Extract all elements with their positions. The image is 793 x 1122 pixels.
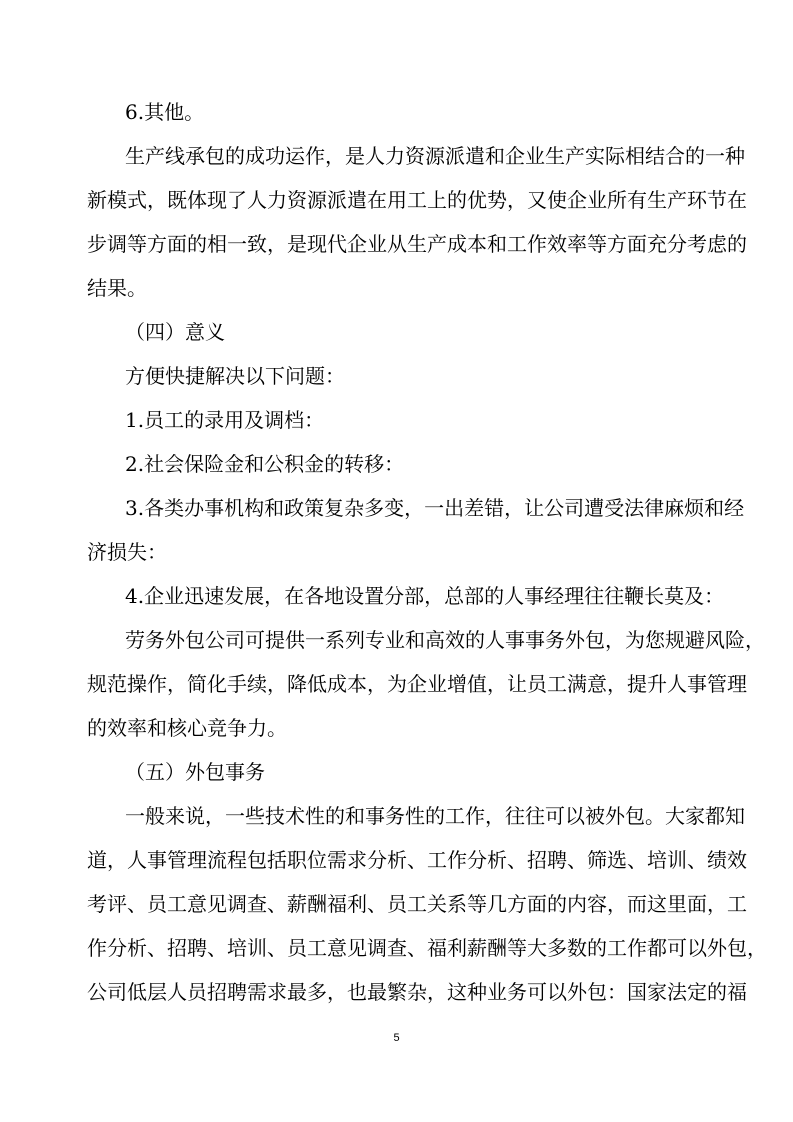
list-item: 1.员工的录用及调档：	[87, 405, 707, 449]
text-line: 结果。	[87, 273, 707, 317]
text-line: 作分析、招聘、培训、员工意见调查、福利薪酬等大多数的工作都可以外包，	[87, 933, 707, 977]
text-line: 公司低层人员招聘需求最多，也最繁杂，这种业务可以外包：国家法定的福	[87, 977, 707, 1021]
section-heading-4: （四）意义	[87, 317, 707, 361]
text-line: 规范操作，简化手续，降低成本，为企业增值，让员工满意，提升人事管理	[87, 669, 707, 713]
text-line: 济损失：	[87, 537, 707, 581]
text-line: 步调等方面的相一致，是现代企业从生产成本和工作效率等方面充分考虑的	[87, 229, 707, 273]
text-line: 新模式，既体现了人力资源派遣在用工上的优势，又使企业所有生产环节在	[87, 185, 707, 229]
text-line: 方便快捷解决以下问题：	[87, 361, 707, 405]
section-heading-5: （五）外包事务	[87, 757, 707, 801]
text-line: 的效率和核心竞争力。	[87, 713, 707, 757]
body-text: 6.其他。 生产线承包的成功运作，是人力资源派遣和企业生产实际相结合的一种 新模…	[87, 97, 707, 1021]
text-line: 一般来说，一些技术性的和事务性的工作，往往可以被外包。大家都知	[87, 801, 707, 845]
document-page: 6.其他。 生产线承包的成功运作，是人力资源派遣和企业生产实际相结合的一种 新模…	[0, 0, 793, 1122]
list-item: 2.社会保险金和公积金的转移：	[87, 449, 707, 493]
list-item: 3.各类办事机构和政策复杂多变，一出差错，让公司遭受法律麻烦和经	[87, 493, 707, 537]
text-line: 考评、员工意见调查、薪酬福利、员工关系等几方面的内容，而这里面，工	[87, 889, 707, 933]
text-line: 生产线承包的成功运作，是人力资源派遣和企业生产实际相结合的一种	[87, 141, 707, 185]
text-line: 劳务外包公司可提供一系列专业和高效的人事事务外包，为您规避风险，	[87, 625, 707, 669]
page-number: 5	[0, 1032, 793, 1044]
text-line: 道，人事管理流程包括职位需求分析、工作分析、招聘、筛选、培训、绩效	[87, 845, 707, 889]
text-line: 6.其他。	[87, 97, 707, 141]
list-item: 4.企业迅速发展，在各地设置分部，总部的人事经理往往鞭长莫及：	[87, 581, 707, 625]
